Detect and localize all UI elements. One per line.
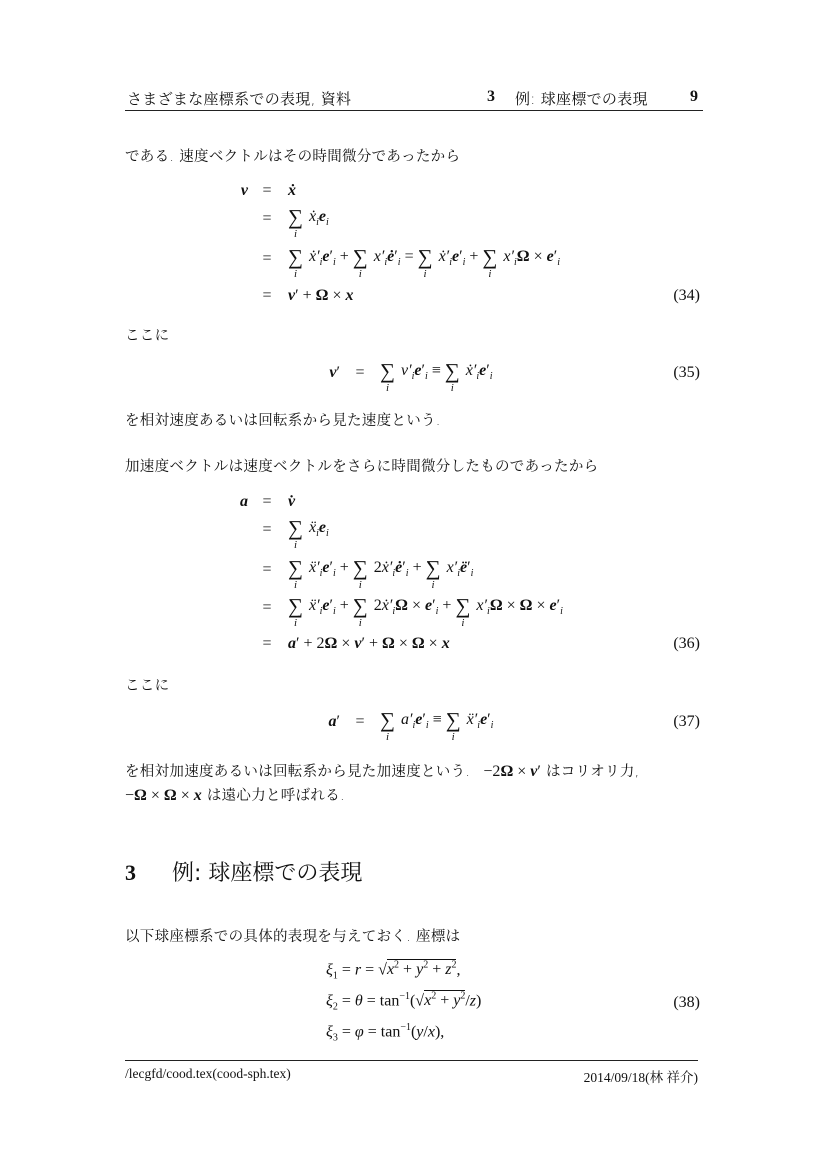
running-header-section-number: 3 xyxy=(487,88,495,106)
paragraph-here-2: ここに xyxy=(125,674,169,695)
paragraph-coriolis: を相対加速度あるいは回転系から見た加速度という. −2Ω × v′ はコリオリ力… xyxy=(125,760,640,781)
section-heading: 3 例: 球座標での表現 xyxy=(125,856,362,887)
paragraph-spherical-intro: 以下球座標系での具体的表現を与えておく. 座標は xyxy=(125,925,460,946)
paragraph-velocity-intro: である. 速度ベクトルはその時間微分であったから xyxy=(125,145,460,166)
footer-date-author: 2014/09/18(林 祥介) xyxy=(584,1066,698,1086)
equation-number-38: (38) xyxy=(673,994,700,1012)
footer-rule xyxy=(125,1060,698,1061)
section-title: 例: 球座標での表現 xyxy=(172,861,362,886)
paragraph-centrifugal: −Ω × Ω × x は遠心力と呼ばれる. xyxy=(125,784,345,805)
equation-number-37: (37) xyxy=(673,713,700,731)
paragraph-relative-velocity: を相対速度あるいは回転系から見た速度という. xyxy=(125,409,441,430)
section-number: 3 xyxy=(125,860,136,885)
relative-acceleration-text: を相対加速度あるいは回転系から見た加速度という. xyxy=(125,764,470,780)
paragraph-acceleration-intro: 加速度ベクトルは速度ベクトルをさらに時間微分したものであったから xyxy=(125,455,598,476)
equation-number-35: (35) xyxy=(673,364,700,382)
footer-file-path: /lecgfd/cood.tex(cood-sph.tex) xyxy=(125,1066,291,1082)
running-header-left: さまざまな座標系での表現, 資料 xyxy=(127,88,351,109)
equation-number-34: (34) xyxy=(673,287,700,305)
paragraph-here-1: ここに xyxy=(125,324,169,345)
page-number: 9 xyxy=(690,88,698,106)
centrifugal-text: は遠心力と呼ばれる. xyxy=(207,788,345,804)
running-header-section-title: 例: 球座標での表現 xyxy=(515,88,648,109)
header-rule xyxy=(125,110,703,111)
coriolis-text: はコリオリ力, xyxy=(546,764,640,780)
equation-number-36: (36) xyxy=(673,635,700,653)
